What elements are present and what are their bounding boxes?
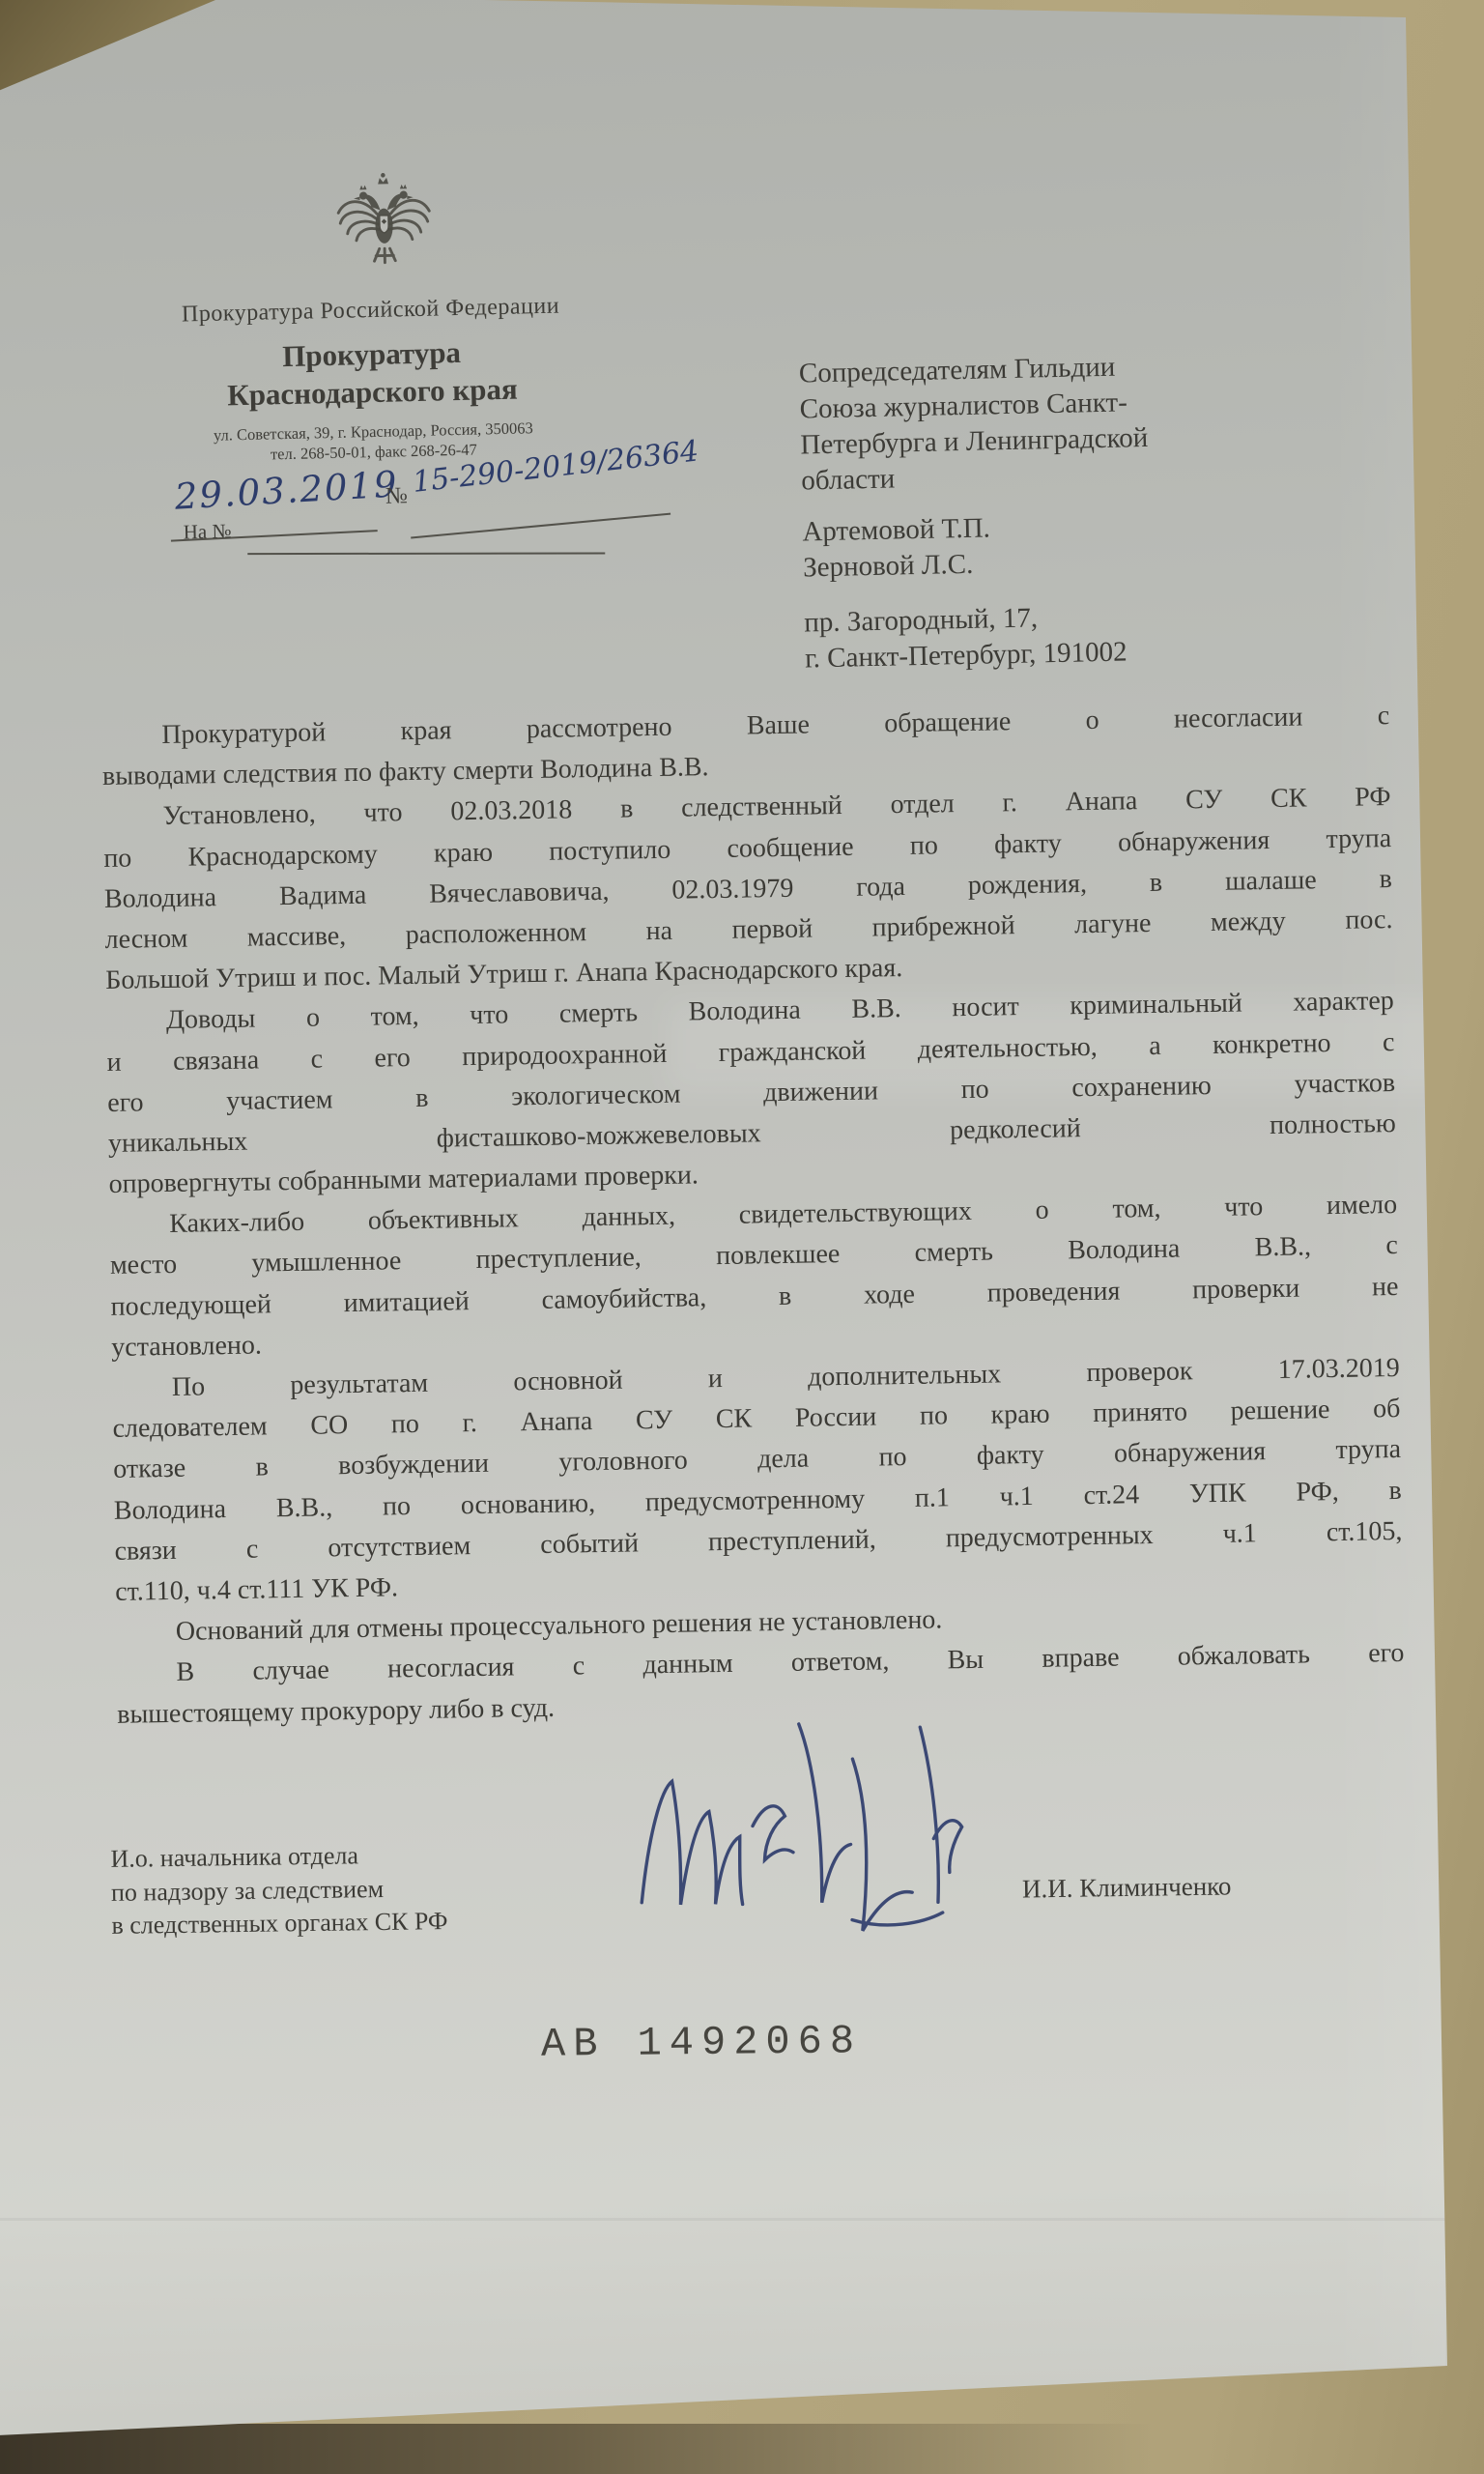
russia-coat-of-arms-double-headed-eagle-icon xyxy=(328,170,439,273)
letterhead-org-name-line2: Краснодарского края xyxy=(135,369,610,415)
recipient-block: Сопредседателям Гильдии Союза журналисто… xyxy=(799,348,1221,677)
form-series-number: АВ 1492068 xyxy=(541,2018,863,2067)
recipient-persons: Артемовой Т.П. Зерновой Л.С. xyxy=(802,505,1218,586)
signer-position-line: в следственных органах СК РФ xyxy=(111,1902,652,1942)
handwritten-date: 29.03.2019 xyxy=(174,463,400,517)
recipient-address: пр. Загородный, 17, г. Санкт-Петербург, … xyxy=(804,596,1220,676)
signer-name: И.И. Климинченко xyxy=(1022,1871,1232,1904)
letter-body: Прокуратурой края рассмотрено Ваше обращ… xyxy=(101,696,1405,1735)
paper-sheet: Прокуратура Российской Федерации Прокура… xyxy=(0,0,1484,2474)
recipient-organization: Сопредседателям Гильдии Союза журналисто… xyxy=(799,348,1217,500)
recipient-person-line: Зерновой Л.С. xyxy=(803,541,1219,586)
recipient-org-line: области xyxy=(801,455,1217,500)
handwritten-signature-icon xyxy=(600,1689,1005,1986)
paper-crease xyxy=(0,2218,1484,2221)
reply-blank-line xyxy=(247,552,605,555)
letterhead: Прокуратура Российской Федерации Прокура… xyxy=(130,158,614,585)
number-blank-line xyxy=(411,513,671,539)
number-sign-label: № xyxy=(385,483,409,510)
recipient-address-line: г. Санкт-Петербург, 191002 xyxy=(805,632,1221,676)
letterhead-org-top: Прокуратура Российской Федерации xyxy=(133,292,607,329)
signer-position-block: И.о. начальника отдела по надзору за сле… xyxy=(110,1835,652,1942)
desk-surface-bottom-edge xyxy=(0,2424,1484,2474)
reply-to-label: На № xyxy=(183,519,231,544)
photo-of-document: { "letterhead": { "org_top": "Прокуратур… xyxy=(0,0,1484,2474)
